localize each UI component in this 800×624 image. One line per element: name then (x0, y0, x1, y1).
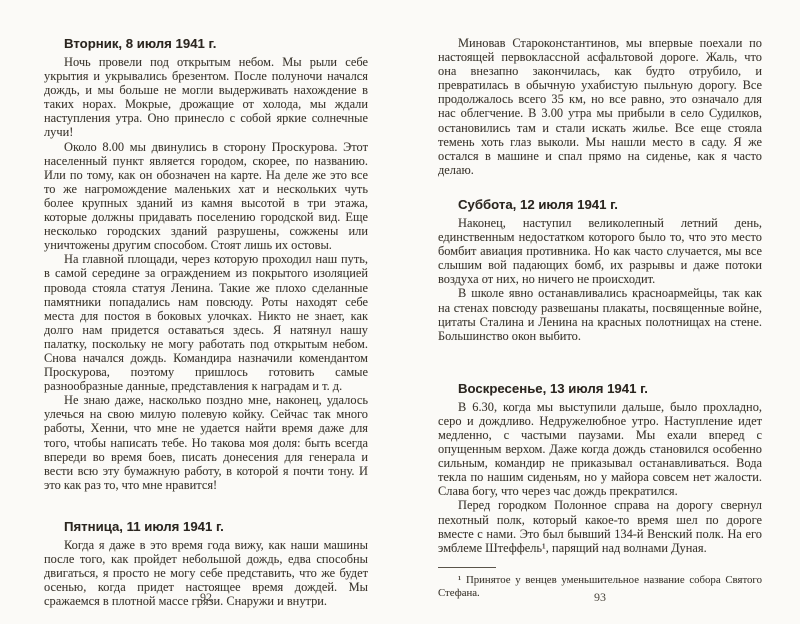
page-number-right: 93 (438, 590, 762, 605)
diary-paragraph: Не знаю даже, насколько поздно мне, нако… (44, 393, 368, 492)
page-left: Вторник, 8 июля 1941 г. Ночь провели под… (44, 36, 368, 608)
page-right: Миновав Староконстантинов, мы впервые по… (438, 36, 762, 600)
diary-paragraph: В школе явно останавливались красноармей… (438, 286, 762, 342)
entry-heading-sunday-13-july: Воскресенье, 13 июля 1941 г. (458, 381, 762, 396)
entry-heading-tuesday-8-july: Вторник, 8 июля 1941 г. (64, 36, 368, 51)
diary-paragraph: Миновав Староконстантинов, мы впервые по… (438, 36, 762, 177)
diary-paragraph: Наконец, наступил великолепный летний де… (438, 216, 762, 286)
entry-heading-friday-11-july: Пятница, 11 июля 1941 г. (64, 519, 368, 534)
diary-paragraph: На главной площади, через которую проход… (44, 252, 368, 393)
diary-paragraph: Перед городком Полонное справа на дорогу… (438, 498, 762, 554)
book-spread: Вторник, 8 июля 1941 г. Ночь провели под… (0, 0, 800, 624)
diary-paragraph: Ночь провели под открытым небом. Мы рыли… (44, 55, 368, 140)
diary-paragraph: Около 8.00 мы двинулись в сторону Проску… (44, 140, 368, 253)
page-number-left: 92 (44, 590, 368, 605)
diary-paragraph: В 6.30, когда мы выступили дальше, было … (438, 400, 762, 499)
entry-heading-saturday-12-july: Суббота, 12 июля 1941 г. (458, 197, 762, 212)
footnote-separator (438, 567, 496, 568)
